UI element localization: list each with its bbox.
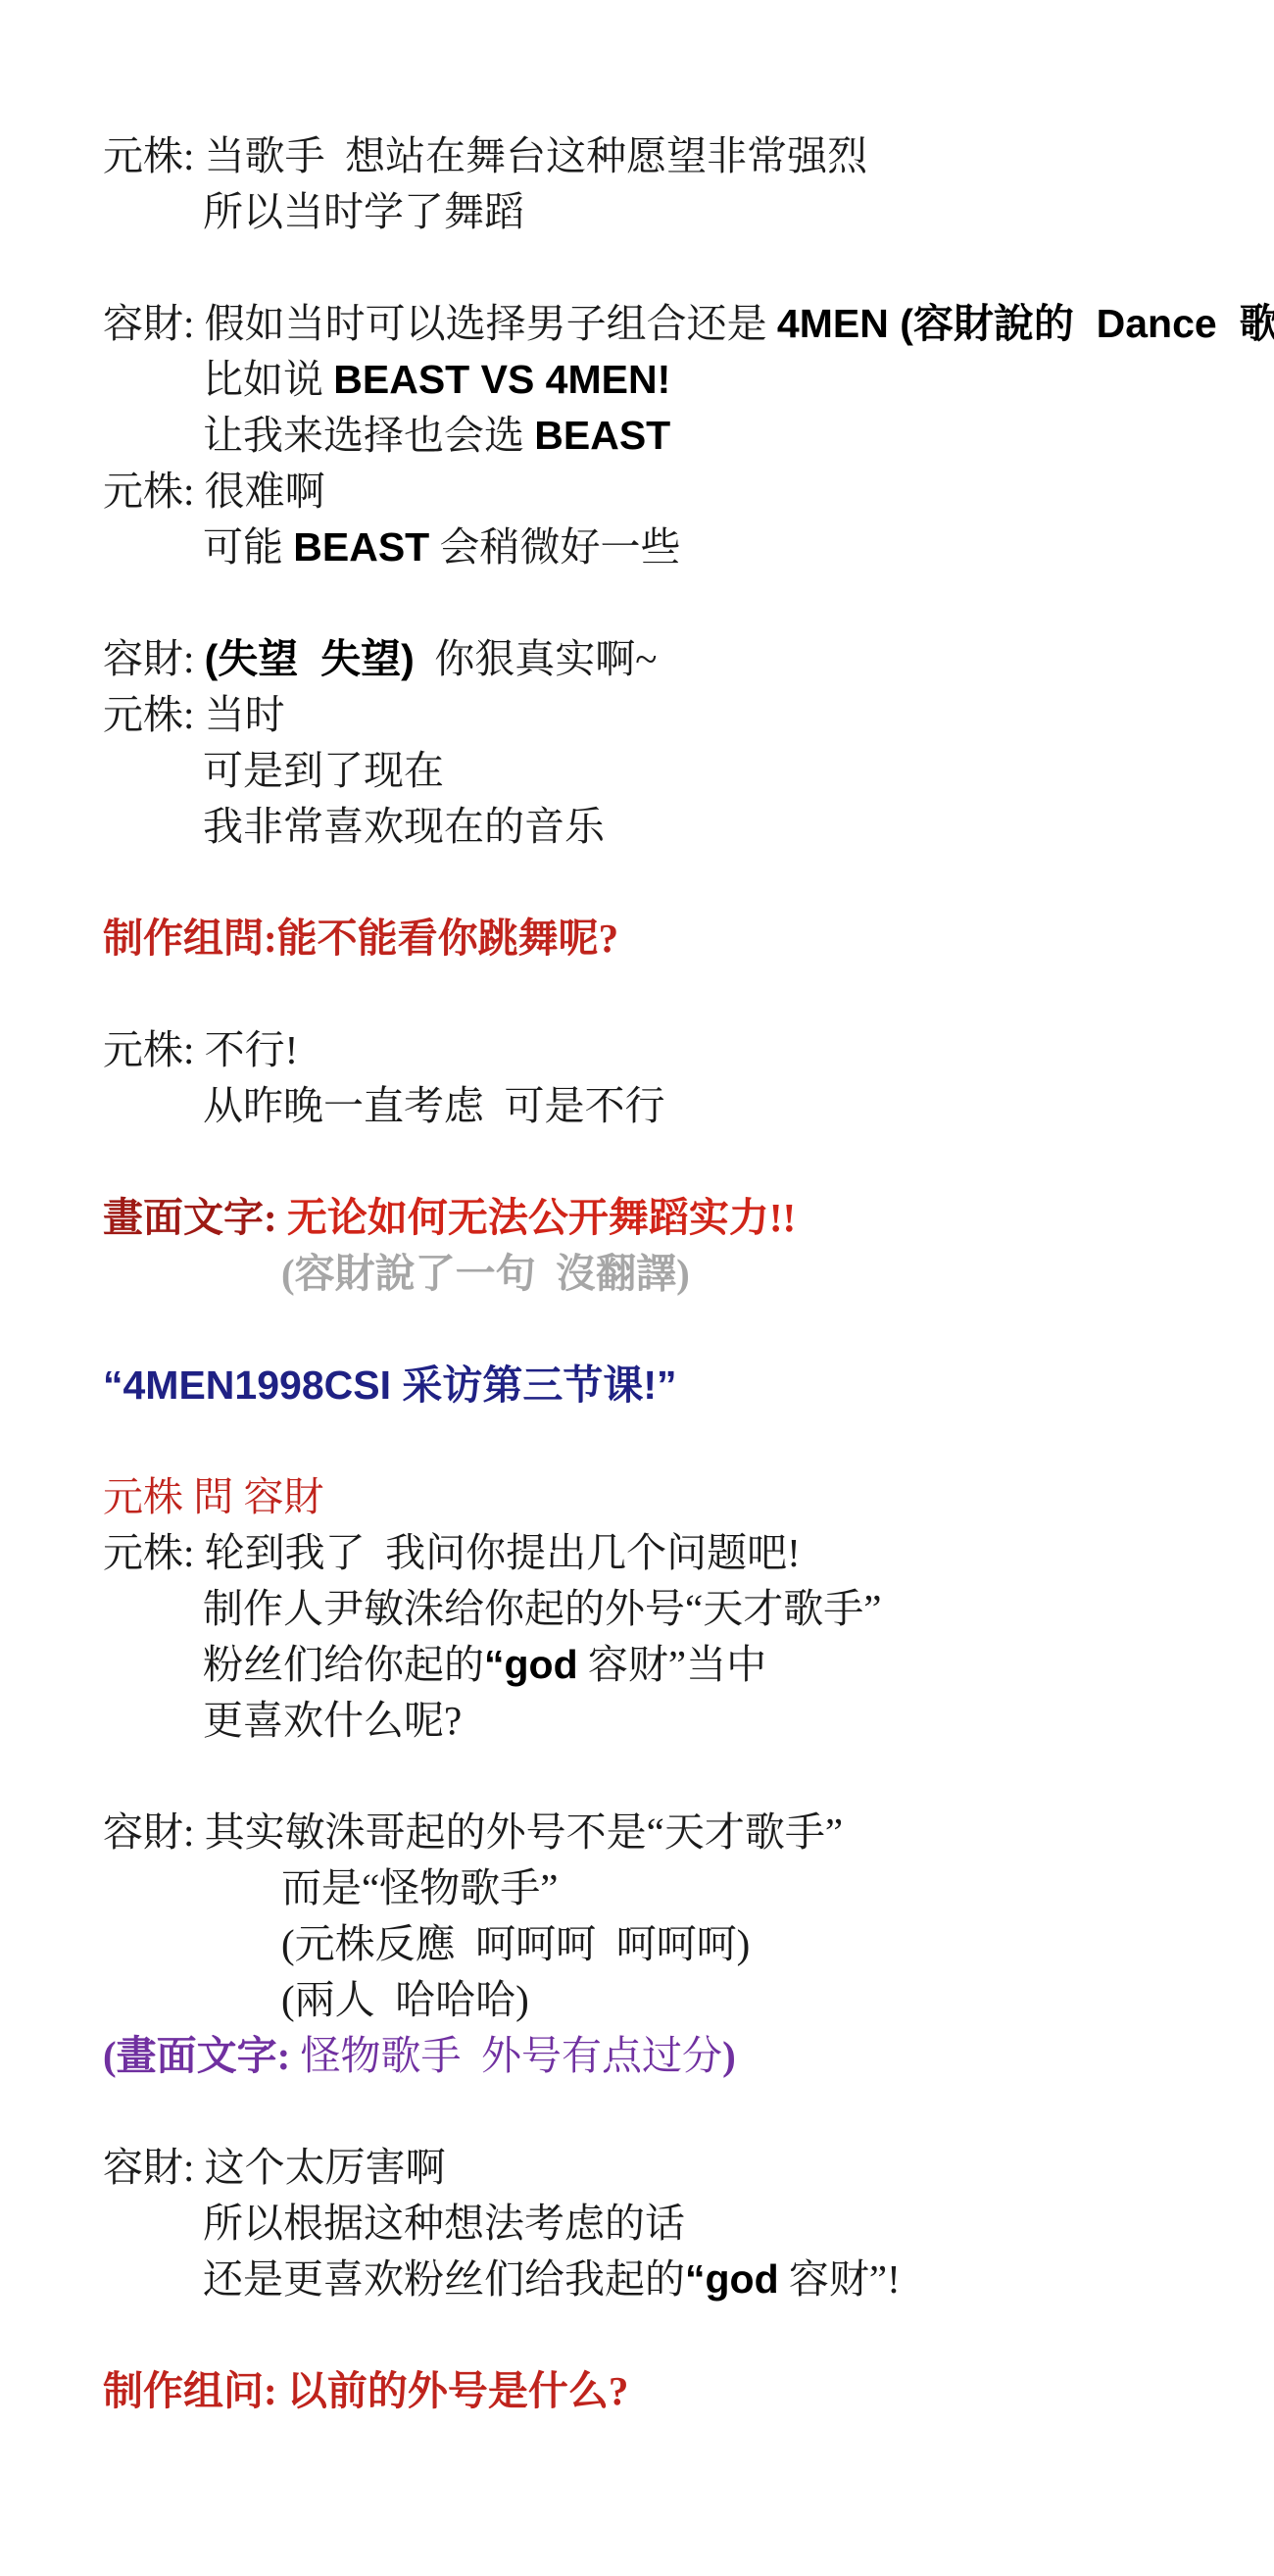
text-line: 而是“怪物歌手”: [0, 1860, 1274, 1916]
text-run: 所以根据这种想法考虑的话: [203, 2201, 685, 2246]
text-run: 可是到了现在: [203, 748, 444, 793]
text-run: 容財:: [103, 636, 205, 681]
text-line: 元株: 轮到我了 我问你提出几个问题吧!: [0, 1525, 1274, 1581]
text-run: 元株: 轮到我了 我问你提出几个问题吧!: [103, 1530, 801, 1575]
text-run: BEAST: [293, 524, 429, 570]
text-run: 容財: 其实敏洙哥起的外号不是“天才歌手”: [103, 1809, 843, 1855]
document-page: 元株: 当歌手 想站在舞台这种愿望非常强烈所以当时学了舞蹈容財: 假如当时可以选…: [0, 0, 1274, 2576]
text-line: 比如说 BEAST VS 4MEN!: [0, 352, 1274, 408]
text-line: 所以当时学了舞蹈: [0, 184, 1274, 240]
text-line: (容財說了一句 沒翻譯): [0, 1246, 1274, 1302]
text-run: BEAST VS 4MEN!: [333, 357, 670, 402]
text-run: 容财”当中: [578, 1642, 766, 1687]
text-line: 元株: 不行!: [0, 1022, 1274, 1078]
text-run: “god: [685, 2256, 779, 2302]
text-run: “4MEN1998CSI 采访第三节课!”: [103, 1362, 677, 1408]
text-run: (容財說了一句 沒翻譯): [281, 1251, 690, 1296]
blank-line: [0, 855, 1274, 911]
text-line: 可能 BEAST 会稍微好一些: [0, 520, 1274, 575]
text-run: 而是“怪物歌手”: [281, 1865, 558, 1910]
text-run: ): [722, 2033, 736, 2078]
blank-line: [0, 1302, 1274, 1358]
text-run: 怪物歌手 外号有点过分: [301, 2033, 723, 2078]
text-run: 制作人尹敏洙给你起的外号“天才歌手”: [203, 1586, 881, 1631]
text-line: 我非常喜欢现在的音乐: [0, 799, 1274, 855]
text-line: 畫面文字: 无论如何无法公开舞蹈实力!!: [0, 1190, 1274, 1246]
text-run: “god: [484, 1642, 578, 1687]
text-line: 容財: 这个太厉害啊: [0, 2140, 1274, 2196]
text-run: 会稍微好一些: [429, 524, 680, 570]
text-run: 更喜欢什么呢?: [203, 1698, 462, 1743]
text-run: (兩人 哈哈哈): [281, 1977, 529, 2022]
text-run: 我非常喜欢现在的音乐: [203, 804, 605, 849]
text-line: (元株反應 呵呵呵 呵呵呵): [0, 1916, 1274, 1972]
text-run: 元株: 当时: [103, 692, 285, 737]
text-line: “4MEN1998CSI 采访第三节课!”: [0, 1358, 1274, 1413]
blank-line: [0, 2084, 1274, 2140]
document-body: 元株: 当歌手 想站在舞台这种愿望非常强烈所以当时学了舞蹈容財: 假如当时可以选…: [0, 128, 1274, 2419]
text-line: 还是更喜欢粉丝们给我起的“god 容财”!: [0, 2252, 1274, 2307]
text-run: 制作组問:能不能看你跳舞呢?: [103, 916, 618, 961]
text-line: 制作组问: 以前的外号是什么?: [0, 2363, 1274, 2419]
blank-line: [0, 1749, 1274, 1805]
blank-line: [0, 240, 1274, 296]
text-run: 容財: 这个太厉害啊: [103, 2145, 446, 2190]
text-line: 可是到了现在: [0, 743, 1274, 799]
text-line: 粉丝们给你起的“god 容财”当中: [0, 1637, 1274, 1693]
text-run: BEAST: [534, 413, 670, 458]
text-run: 容财”!: [779, 2256, 901, 2302]
text-line: (畫面文字: 怪物歌手 外号有点过分): [0, 2028, 1274, 2084]
text-run: 元株: 不行!: [103, 1027, 298, 1072]
text-line: 元株: 很难啊: [0, 464, 1274, 520]
text-line: 制作人尹敏洙给你起的外号“天才歌手”: [0, 1581, 1274, 1637]
text-line: 所以根据这种想法考虑的话: [0, 2196, 1274, 2252]
text-run: 可能: [203, 524, 293, 570]
text-line: 更喜欢什么呢?: [0, 1693, 1274, 1749]
blank-line: [0, 1134, 1274, 1190]
text-run: 制作组问: 以前的外号是什么?: [103, 2368, 628, 2413]
text-line: 从昨晚一直考虑 可是不行: [0, 1078, 1274, 1134]
text-line: 制作组問:能不能看你跳舞呢?: [0, 911, 1274, 966]
text-run: 所以当时学了舞蹈: [203, 189, 524, 234]
text-run: 元株 問 容財: [103, 1474, 324, 1519]
text-run: 4MEN (容財說的 Dance 歌手): [777, 301, 1274, 346]
text-line: 让我来选择也会选 BEAST: [0, 408, 1274, 464]
text-run: 畫面文字:: [103, 1195, 287, 1240]
text-run: 你狠真实啊~: [415, 636, 658, 681]
text-run: 还是更喜欢粉丝们给我起的: [203, 2256, 685, 2302]
text-run: (失望 失望): [205, 636, 415, 681]
text-line: 容財: 假如当时可以选择男子组合还是 4MEN (容財說的 Dance 歌手): [0, 296, 1274, 352]
text-line: 容財: 其实敏洙哥起的外号不是“天才歌手”: [0, 1805, 1274, 1860]
text-run: (元株反應 呵呵呵 呵呵呵): [281, 1921, 750, 1966]
blank-line: [0, 575, 1274, 631]
text-line: 元株: 当时: [0, 687, 1274, 743]
text-line: 容財: (失望 失望) 你狠真实啊~: [0, 631, 1274, 687]
text-run: 无论如何无法公开舞蹈实力!!: [287, 1195, 796, 1240]
text-run: 元株: 当歌手 想站在舞台这种愿望非常强烈: [103, 133, 867, 178]
text-run: 比如说: [203, 357, 333, 402]
text-run: (畫面文字:: [103, 2033, 301, 2078]
text-run: 让我来选择也会选: [203, 413, 534, 458]
text-run: 粉丝们给你起的: [203, 1642, 484, 1687]
text-run: 元株: 很难啊: [103, 469, 325, 514]
text-line: (兩人 哈哈哈): [0, 1972, 1274, 2028]
blank-line: [0, 1413, 1274, 1469]
blank-line: [0, 2307, 1274, 2363]
text-run: 容財: 假如当时可以选择男子组合还是: [103, 301, 777, 346]
text-run: 从昨晚一直考虑 可是不行: [203, 1083, 665, 1128]
text-line: 元株 問 容財: [0, 1469, 1274, 1525]
text-line: 元株: 当歌手 想站在舞台这种愿望非常强烈: [0, 128, 1274, 184]
blank-line: [0, 966, 1274, 1022]
